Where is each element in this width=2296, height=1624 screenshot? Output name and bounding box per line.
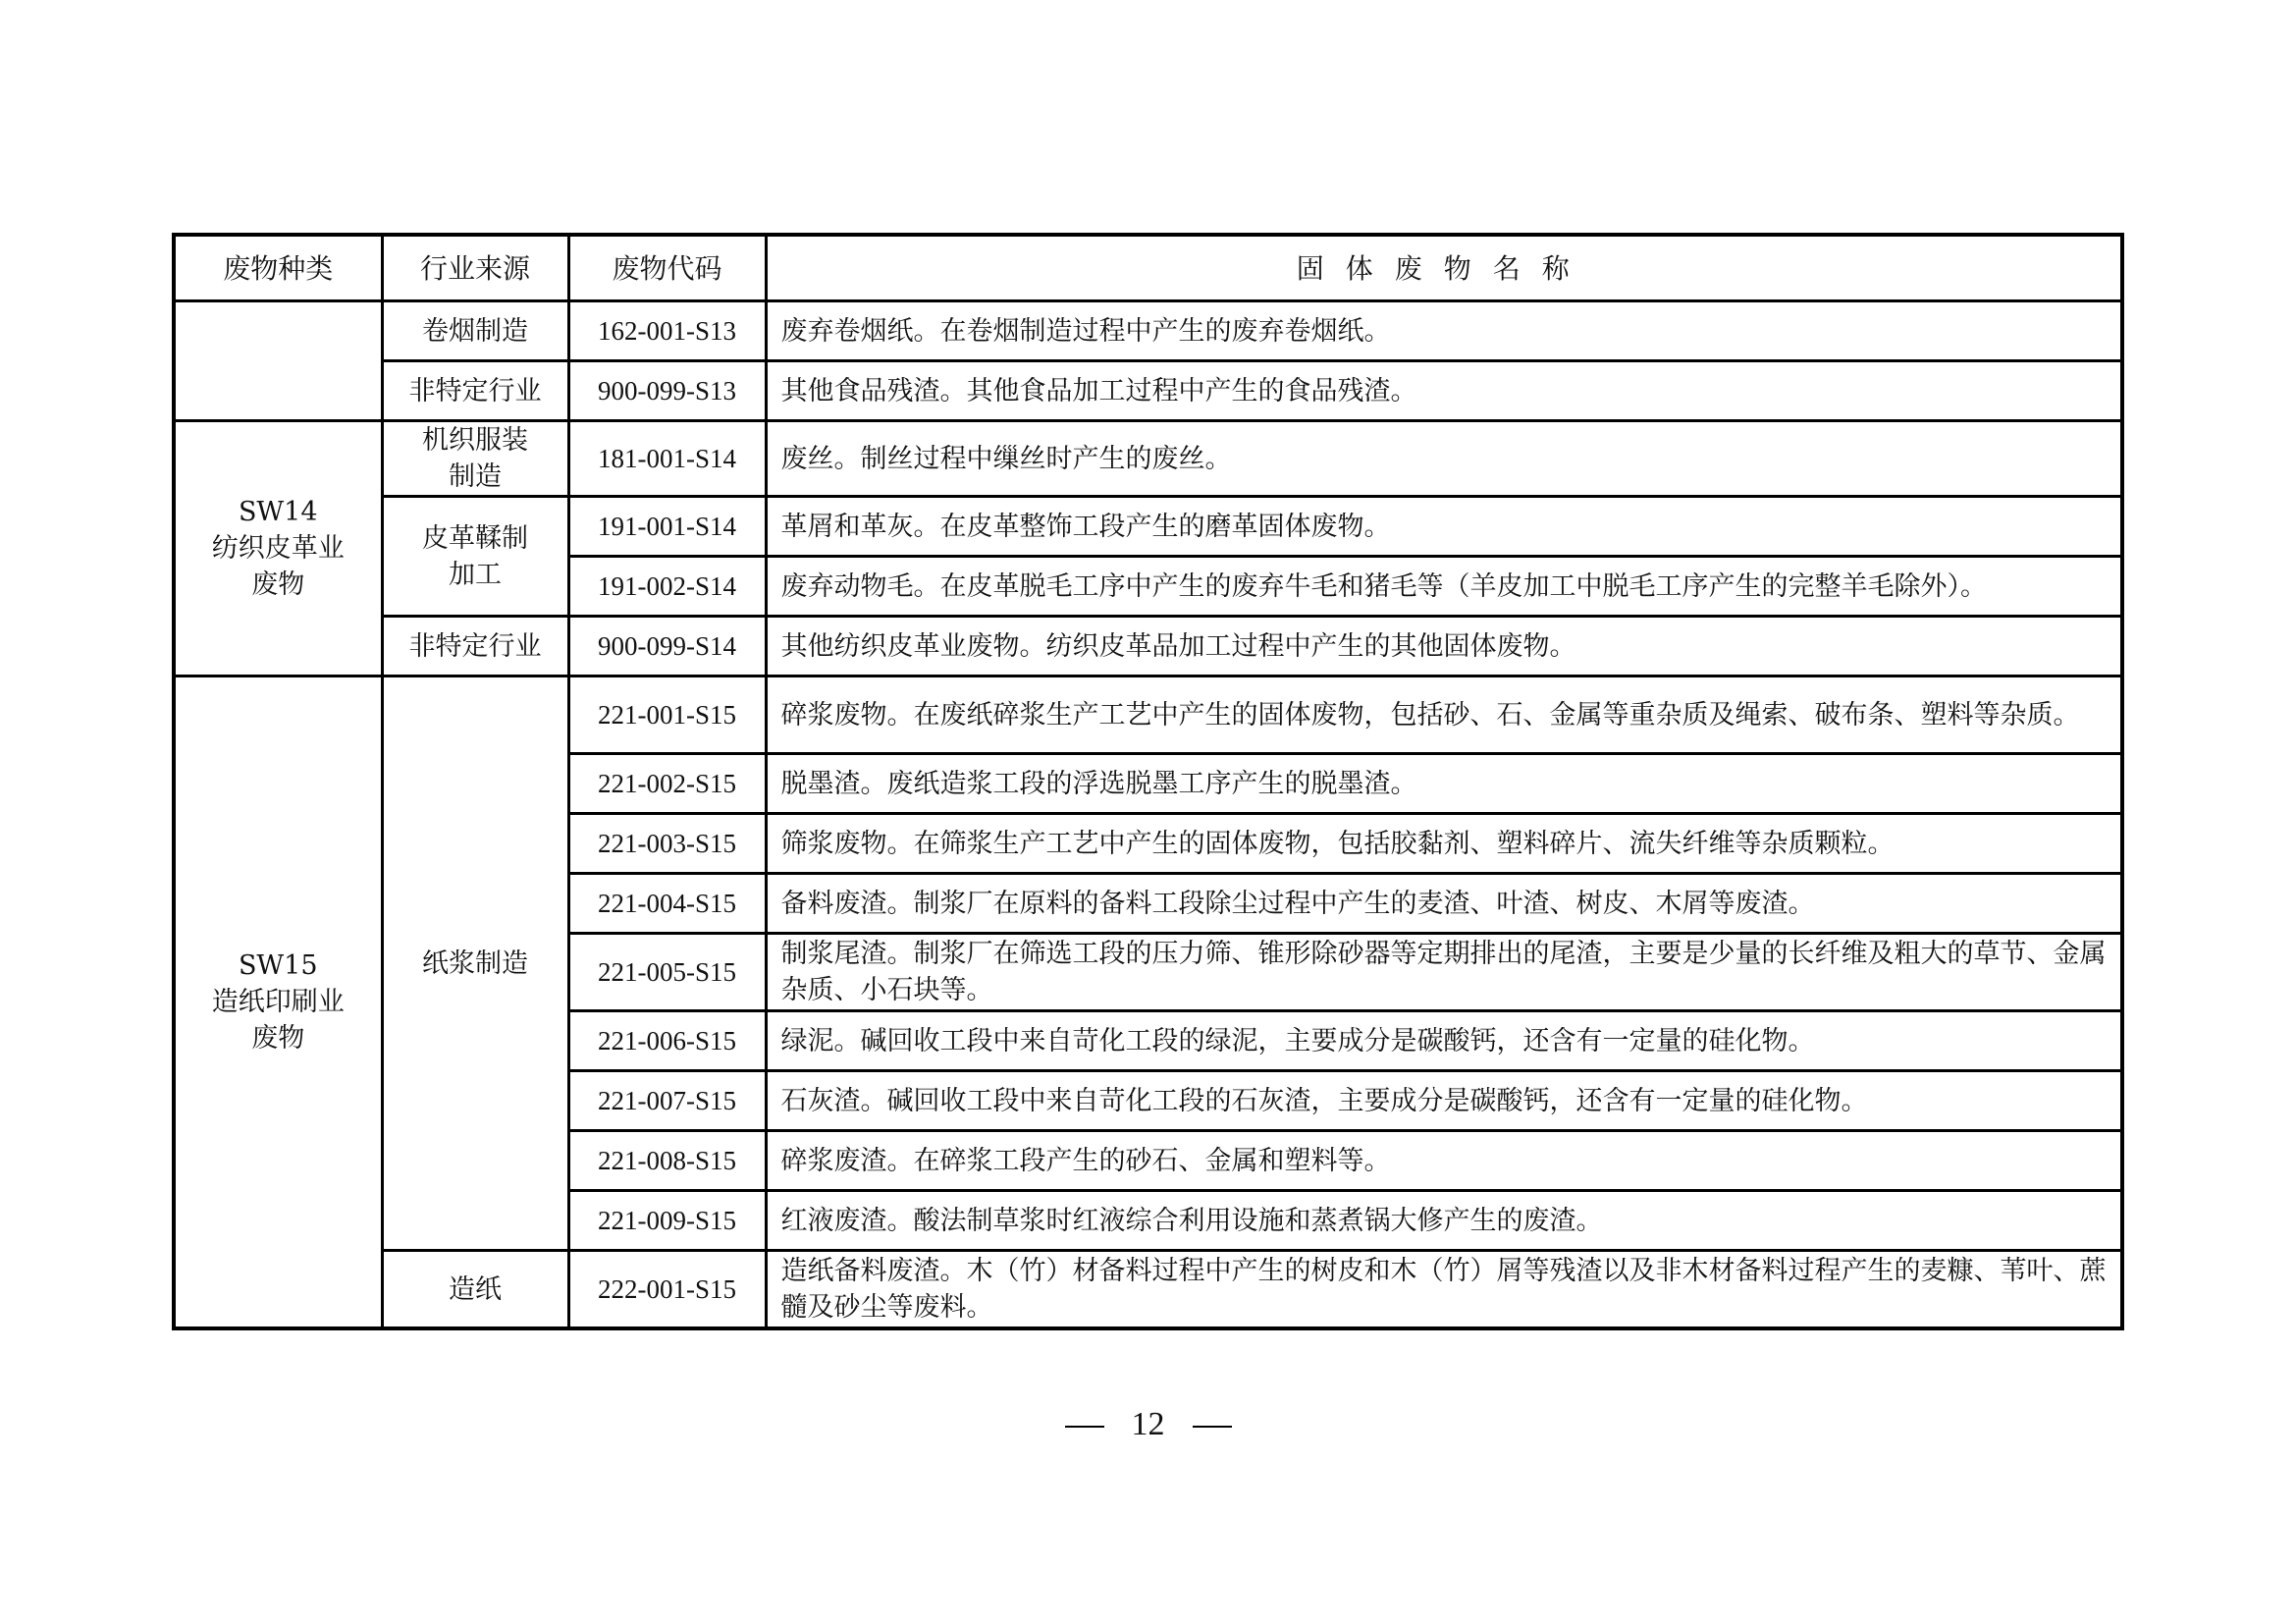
page-number-text: 12 [1132,1406,1165,1442]
description-cell: 绿泥。碱回收工段中来自苛化工段的绿泥，主要成分是碳酸钙，还含有一定量的硅化物。 [766,1011,2122,1071]
table-row: 非特定行业 900-099-S14 其他纺织皮革业废物。纺织皮革品加工过程中产生… [174,617,2122,677]
category-name-suffix: 废物 [189,1020,367,1056]
category-code: SW15 [189,947,367,984]
code-cell: 222-001-S15 [568,1251,766,1329]
description-cell: 其他纺织皮革业废物。纺织皮革品加工过程中产生的其他固体废物。 [766,617,2122,677]
source-line-2: 制造 [398,459,554,495]
code-cell: 221-008-S15 [568,1131,766,1191]
source-cell: 非特定行业 [382,617,568,677]
code-cell: 221-002-S15 [568,754,766,814]
code-cell: 191-002-S14 [568,557,766,617]
code-cell: 221-001-S15 [568,677,766,754]
description-cell: 革屑和革灰。在皮革整饰工段产生的磨革固体废物。 [766,497,2122,557]
category-cell-sw14: SW14 纺织皮革业 废物 [174,421,382,677]
solid-waste-table: 废物种类 行业来源 废物代码 固体废物名称 卷烟制造 162-001-S13 废… [172,233,2124,1330]
table-row: 皮革鞣制 加工 191-001-S14 革屑和革灰。在皮革整饰工段产生的磨革固体… [174,497,2122,557]
description-cell: 废弃动物毛。在皮革脱毛工序中产生的废弃牛毛和猪毛等（羊皮加工中脱毛工序产生的完整… [766,557,2122,617]
table-row: 造纸 222-001-S15 造纸备料废渣。木（竹）材备料过程中产生的树皮和木（… [174,1251,2122,1329]
code-cell: 221-007-S15 [568,1071,766,1131]
table-header-row: 废物种类 行业来源 废物代码 固体废物名称 [174,235,2122,301]
source-line-1: 皮革鞣制 [398,520,554,557]
source-cell: 非特定行业 [382,361,568,421]
category-cell-sw15: SW15 造纸印刷业 废物 [174,677,382,1329]
description-cell: 石灰渣。碱回收工段中来自苛化工段的石灰渣，主要成分是碳酸钙，还含有一定量的硅化物… [766,1071,2122,1131]
description-cell: 碎浆废渣。在碎浆工段产生的砂石、金属和塑料等。 [766,1131,2122,1191]
code-cell: 221-004-S15 [568,874,766,934]
description-cell: 制浆尾渣。制浆厂在筛选工段的压力筛、锥形除砂器等定期排出的尾渣，主要是少量的长纤… [766,934,2122,1011]
table-row: 非特定行业 900-099-S13 其他食品残渣。其他食品加工过程中产生的食品残… [174,361,2122,421]
header-waste-category: 废物种类 [174,235,382,301]
category-name-suffix: 废物 [189,567,367,603]
code-cell: 900-099-S14 [568,617,766,677]
description-cell: 废弃卷烟纸。在卷烟制造过程中产生的废弃卷烟纸。 [766,301,2122,361]
table-row: SW15 造纸印刷业 废物 纸浆制造 221-001-S15 碎浆废物。在废纸碎… [174,677,2122,754]
table-row: SW14 纺织皮革业 废物 机织服装 制造 181-001-S14 废丝。制丝过… [174,421,2122,497]
source-cell: 纸浆制造 [382,677,568,1251]
source-cell: 卷烟制造 [382,301,568,361]
code-cell: 191-001-S14 [568,497,766,557]
code-cell: 221-009-S15 [568,1191,766,1251]
dash-left [1065,1426,1104,1428]
header-industry-source: 行业来源 [382,235,568,301]
source-line-2: 加工 [398,557,554,593]
description-cell: 筛浆废物。在筛浆生产工艺中产生的固体废物，包括胶黏剂、塑料碎片、流失纤维等杂质颗… [766,814,2122,874]
source-cell: 皮革鞣制 加工 [382,497,568,617]
category-cell-sw13-continued [174,301,382,421]
category-name: 纺织皮革业 [189,530,367,567]
description-cell: 备料废渣。制浆厂在原料的备料工段除尘过程中产生的麦渣、叶渣、树皮、木屑等废渣。 [766,874,2122,934]
header-waste-code: 废物代码 [568,235,766,301]
description-cell: 造纸备料废渣。木（竹）材备料过程中产生的树皮和木（竹）屑等残渣以及非木材备料过程… [766,1251,2122,1329]
table-row: 卷烟制造 162-001-S13 废弃卷烟纸。在卷烟制造过程中产生的废弃卷烟纸。 [174,301,2122,361]
description-cell: 红液废渣。酸法制草浆时红液综合利用设施和蒸煮锅大修产生的废渣。 [766,1191,2122,1251]
code-cell: 181-001-S14 [568,421,766,497]
description-cell: 废丝。制丝过程中缫丝时产生的废丝。 [766,421,2122,497]
description-cell: 脱墨渣。废纸造浆工段的浮选脱墨工序产生的脱墨渣。 [766,754,2122,814]
dash-right [1193,1426,1232,1428]
description-cell: 其他食品残渣。其他食品加工过程中产生的食品残渣。 [766,361,2122,421]
code-cell: 221-005-S15 [568,934,766,1011]
page-number: 12 [0,1406,2296,1443]
category-name: 造纸印刷业 [189,984,367,1020]
source-line-1: 机织服装 [398,422,554,459]
code-cell: 221-006-S15 [568,1011,766,1071]
source-cell: 机织服装 制造 [382,421,568,497]
code-cell: 900-099-S13 [568,361,766,421]
category-code: SW14 [189,494,367,530]
source-cell: 造纸 [382,1251,568,1329]
code-cell: 162-001-S13 [568,301,766,361]
code-cell: 221-003-S15 [568,814,766,874]
description-cell: 碎浆废物。在废纸碎浆生产工艺中产生的固体废物，包括砂、石、金属等重杂质及绳索、破… [766,677,2122,754]
header-waste-name: 固体废物名称 [766,235,2122,301]
